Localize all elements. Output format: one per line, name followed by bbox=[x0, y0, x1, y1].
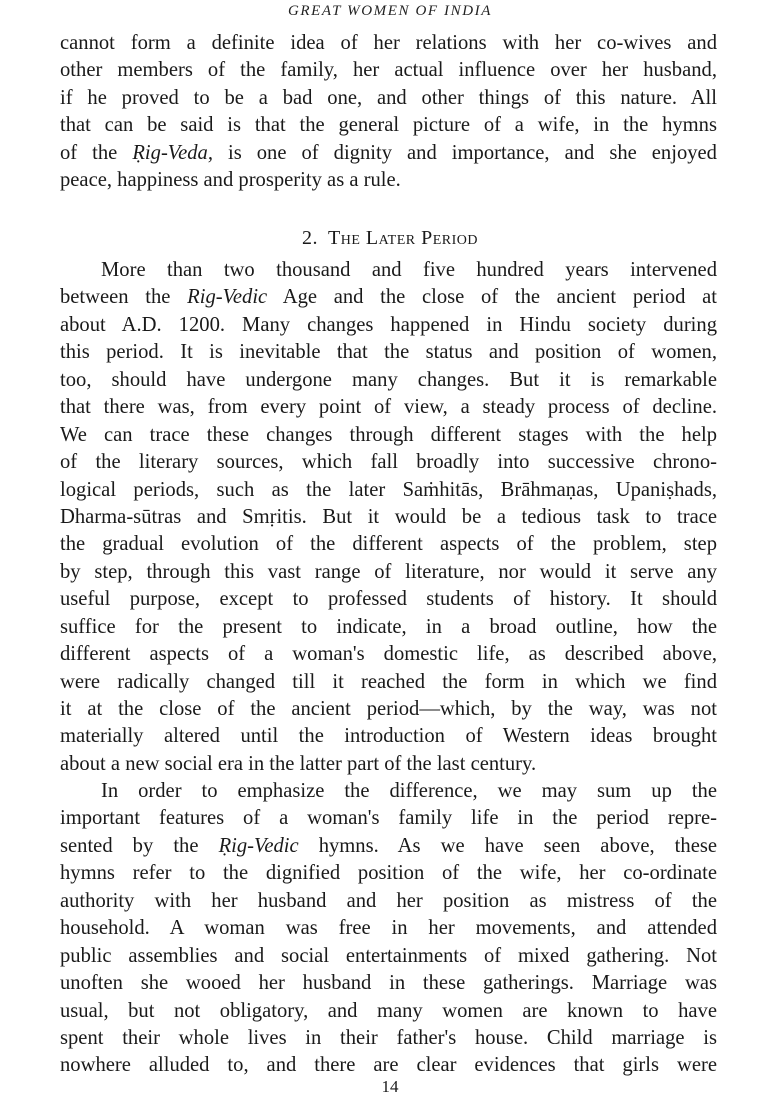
text-line: of the Ṛig-Veda, is one of dignity and i… bbox=[60, 140, 717, 167]
text-line: public assemblies and social entertainme… bbox=[60, 943, 717, 970]
page-number: 14 bbox=[0, 1076, 780, 1098]
text-line: spent their whole lives in their father'… bbox=[60, 1025, 717, 1052]
text-line: about A.D. 1200. Many changes happened i… bbox=[60, 312, 717, 339]
text-line: this period. It is inevitable that the s… bbox=[60, 339, 717, 366]
text-line: that there was, from every point of view… bbox=[60, 394, 717, 421]
italic-term-rig-vedic: Rig-Vedic bbox=[187, 286, 267, 308]
text-line: sented by the Ṛig-Vedic hymns. As we hav… bbox=[60, 833, 717, 860]
text-line: materially altered until the introductio… bbox=[60, 723, 717, 750]
text-line: Dharma-sūtras and Smṛitis. But it would … bbox=[60, 504, 717, 531]
text-line: were radically changed till it reached t… bbox=[60, 669, 717, 696]
text-line: important features of a woman's family l… bbox=[60, 805, 717, 832]
text-line: it at the close of the ancient period—wh… bbox=[60, 696, 717, 723]
text-line: cannot form a definite idea of her relat… bbox=[60, 30, 717, 57]
text-line: of the literary sources, which fall broa… bbox=[60, 449, 717, 476]
italic-term-rig-vedic: Ṛig-Vedic bbox=[219, 835, 299, 857]
paragraph-1: cannot form a definite idea of her relat… bbox=[60, 30, 717, 195]
text-line: unoften she wooed her husband in these g… bbox=[60, 970, 717, 997]
text-line: the gradual evolution of the different a… bbox=[60, 531, 717, 558]
paragraph-3: In order to emphasize the difference, we… bbox=[60, 778, 717, 1080]
text-line: peace, happiness and prosperity as a rul… bbox=[60, 167, 717, 194]
text-fragment: is one of dignity and importance, and sh… bbox=[213, 142, 717, 164]
text-line: We can trace these changes through diffe… bbox=[60, 422, 717, 449]
text-line: In order to emphasize the difference, we… bbox=[60, 778, 717, 805]
text-line: too, should have undergone many changes.… bbox=[60, 367, 717, 394]
text-line: household. A woman was free in her movem… bbox=[60, 915, 717, 942]
paragraph-2: More than two thousand and five hundred … bbox=[60, 257, 717, 778]
italic-title-rig-veda: Ṛig-Veda, bbox=[132, 142, 213, 164]
text-line: useful purpose, except to professed stud… bbox=[60, 586, 717, 613]
text-line: hymns refer to the dignified position of… bbox=[60, 860, 717, 887]
text-line: suffice for the present to indicate, in … bbox=[60, 614, 717, 641]
section-title: The Later Period bbox=[328, 227, 478, 249]
running-head: GREAT WOMEN OF INDIA bbox=[0, 0, 780, 22]
text-fragment: hymns. As we have seen above, these bbox=[299, 835, 717, 857]
text-line: about a new social era in the latter par… bbox=[60, 751, 717, 778]
section-heading: 2.The Later Period bbox=[0, 224, 780, 252]
text-fragment: of the bbox=[60, 142, 132, 164]
text-fragment: sented by the bbox=[60, 835, 219, 857]
text-line: logical periods, such as the later Saṁhi… bbox=[60, 477, 717, 504]
text-fragment: between the bbox=[60, 286, 187, 308]
text-fragment: Age and the close of the ancient period … bbox=[267, 286, 717, 308]
text-line: authority with her husband and her posit… bbox=[60, 888, 717, 915]
text-line: usual, but not obligatory, and many wome… bbox=[60, 998, 717, 1025]
text-line: that can be said is that the general pic… bbox=[60, 112, 717, 139]
text-line: different aspects of a woman's domestic … bbox=[60, 641, 717, 668]
section-number: 2. bbox=[302, 227, 318, 249]
text-line: other members of the family, her actual … bbox=[60, 57, 717, 84]
text-line: if he proved to be a bad one, and other … bbox=[60, 85, 717, 112]
text-line: by step, through this vast range of lite… bbox=[60, 559, 717, 586]
text-line: More than two thousand and five hundred … bbox=[60, 257, 717, 284]
text-line: between the Rig-Vedic Age and the close … bbox=[60, 284, 717, 311]
